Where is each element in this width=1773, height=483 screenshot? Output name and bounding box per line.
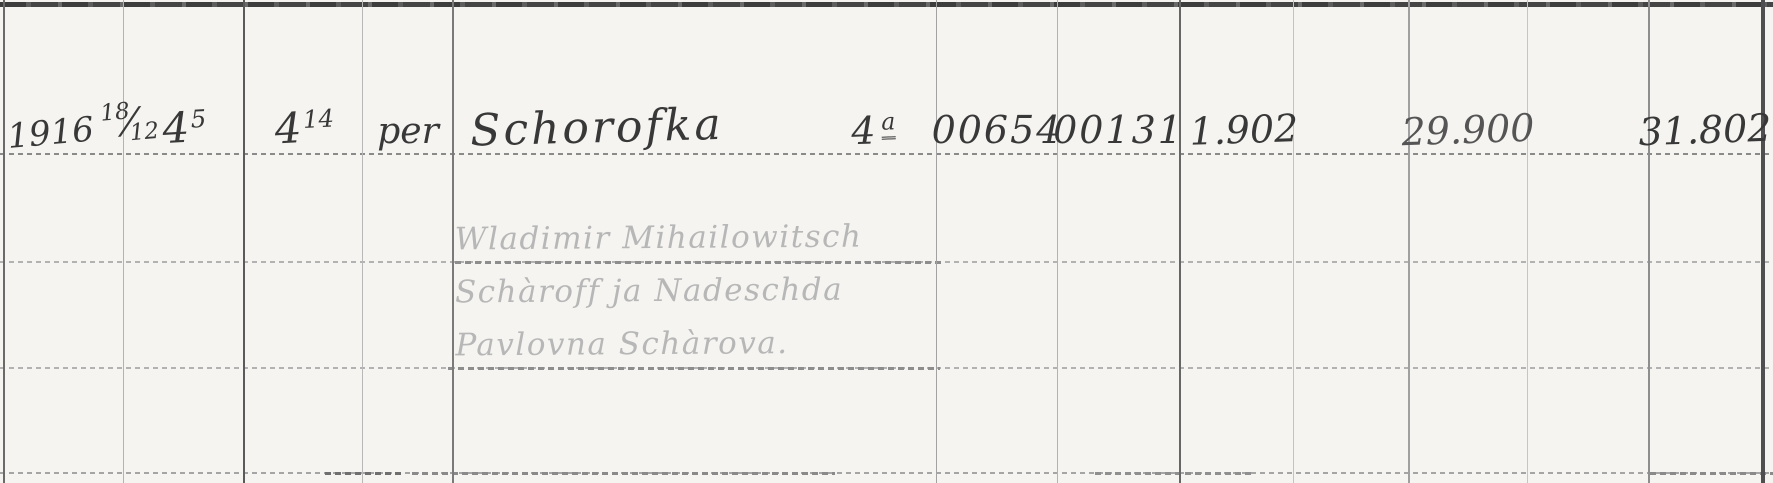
column-divider: [362, 0, 363, 483]
per-cell: per: [364, 82, 452, 152]
column-divider: [1057, 0, 1058, 483]
amount-2: 29.900: [1401, 106, 1535, 155]
folio-no-1: 00654: [932, 108, 1063, 152]
time-in-value: 45: [161, 102, 208, 153]
column-divider: [1408, 0, 1410, 483]
column-divider: [1648, 0, 1650, 483]
pencil-annotation-line: Pavlovna Schàrova.: [455, 317, 863, 373]
sheet-right-edge-rule: [1761, 0, 1765, 483]
class-mark-value: 4a: [851, 107, 897, 153]
amount-total-cell: 31.802: [1647, 80, 1762, 154]
folio-no-2: 00131: [1053, 108, 1184, 152]
column-divider: [3, 0, 5, 483]
column-divider: [936, 0, 937, 483]
column-divider: [1527, 0, 1528, 483]
class-mark-cell: 4a: [817, 80, 929, 154]
row-rule: [0, 472, 1773, 474]
amount-1-cell: 1.902: [1180, 80, 1302, 154]
row-rule-segment: [1650, 472, 1773, 475]
row-rule-segment: [412, 472, 835, 475]
date-year: 1916: [6, 110, 96, 157]
column-divider: [1179, 0, 1181, 483]
folio-no-2-cell: 00131: [1058, 82, 1179, 152]
header-rule: [0, 2, 1773, 7]
name-cell: Schorofka: [469, 77, 816, 156]
amount-1: 1.902: [1189, 106, 1299, 154]
time-out-cell: 414: [243, 79, 365, 155]
column-divider: [243, 0, 245, 483]
row-rule-segment: [325, 472, 403, 475]
column-divider: [1293, 0, 1294, 483]
amount-2-cell: 29.900: [1407, 80, 1528, 154]
time-out-value: 414: [273, 101, 335, 153]
payee-name: Schorofka: [470, 99, 725, 157]
date-cell: 191618⁄12: [3, 77, 125, 157]
per-label: per: [377, 111, 439, 152]
column-divider: [123, 0, 124, 483]
pencil-annotation: Wladimir Mihailowitsch Schàroff ja Nades…: [454, 211, 863, 373]
row-rule-segment: [1095, 472, 1255, 475]
pencil-annotation-line: Wladimir Mihailowitsch: [454, 211, 862, 267]
pencil-annotation-line: Schàroff ja Nadeschda: [455, 264, 863, 320]
amount-total: 31.802: [1638, 106, 1772, 155]
folio-no-1-cell: 00654: [937, 82, 1057, 152]
ledger-sheet: 191618⁄12 45 414 per Schorofka 4a 00654 …: [0, 0, 1773, 483]
time-in-cell: 45: [122, 79, 245, 155]
